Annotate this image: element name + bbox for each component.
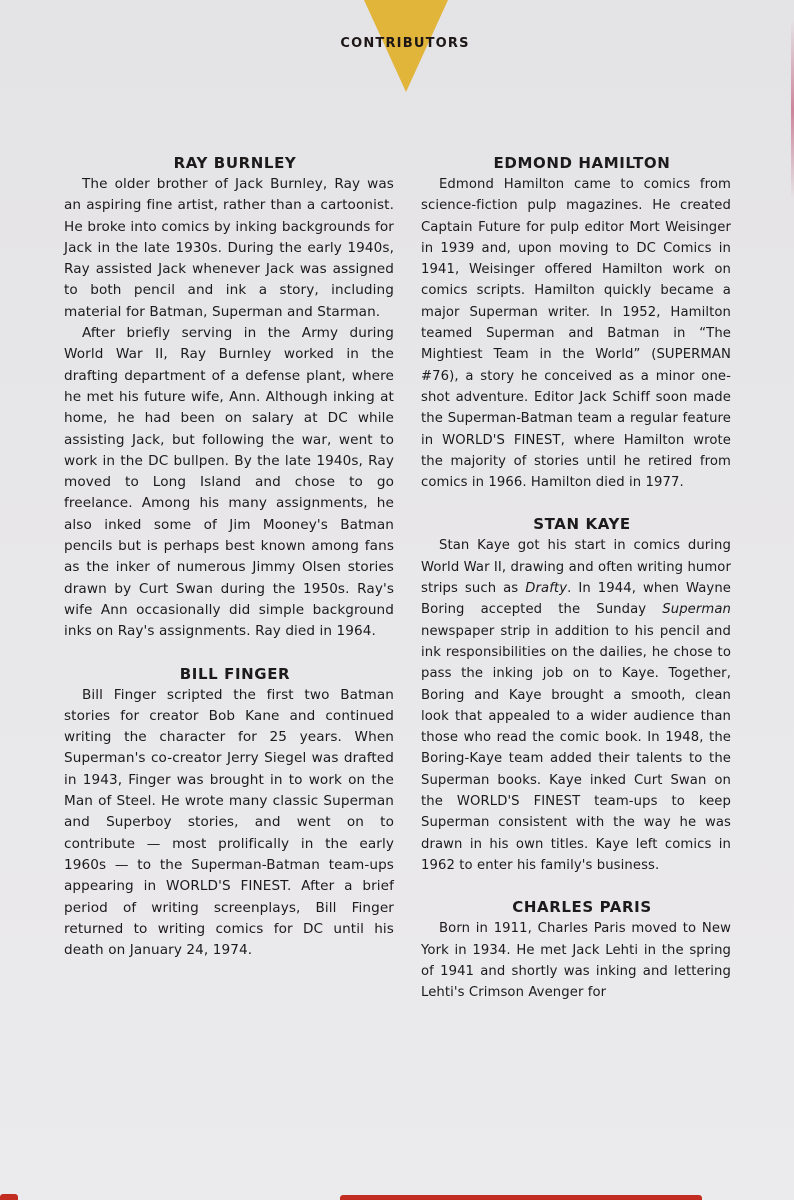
- bio-paragraph: Bill Finger scripted the first two Batma…: [64, 685, 394, 962]
- bio-paragraph: After briefly serving in the Army during…: [64, 323, 394, 642]
- right-column: EDMOND HAMILTON Edmond Hamilton came to …: [421, 152, 731, 1021]
- bio-paragraph: Stan Kaye got his start in comics during…: [421, 535, 731, 876]
- book-cover-edge: [340, 1195, 702, 1200]
- section-title: CONTRIBUTORS: [0, 36, 794, 51]
- contributor-entry-charles-paris: CHARLES PARIS Born in 1911, Charles Pari…: [421, 896, 731, 1003]
- contributor-name: EDMOND HAMILTON: [421, 152, 731, 174]
- contributor-name: CHARLES PARIS: [421, 896, 731, 918]
- bio-paragraph: Edmond Hamilton came to comics from scie…: [421, 174, 731, 493]
- contributor-entry-bill-finger: BILL FINGER Bill Finger scripted the fir…: [64, 663, 394, 962]
- contributor-bio: Edmond Hamilton came to comics from scie…: [421, 174, 731, 493]
- contributor-name: BILL FINGER: [64, 663, 394, 685]
- comic-title-superman: Superman: [662, 602, 731, 617]
- bio-text: newspaper strip in addition to his penci…: [421, 624, 731, 873]
- contributor-entry-ray-burnley: RAY BURNLEY The older brother of Jack Bu…: [64, 152, 394, 643]
- contributor-bio: The older brother of Jack Burnley, Ray w…: [64, 174, 394, 643]
- contributor-entry-edmond-hamilton: EDMOND HAMILTON Edmond Hamilton came to …: [421, 152, 731, 493]
- contributor-bio: Stan Kaye got his start in comics during…: [421, 535, 731, 876]
- book-page: CONTRIBUTORS RAY BURNLEY The older broth…: [0, 0, 794, 1200]
- left-column: RAY BURNLEY The older brother of Jack Bu…: [64, 152, 394, 979]
- book-cover-edge: [0, 1194, 18, 1200]
- contributor-bio: Bill Finger scripted the first two Batma…: [64, 685, 394, 962]
- comic-title-drafty: Drafty: [525, 581, 567, 596]
- contributor-name: STAN KAYE: [421, 513, 731, 535]
- contributor-bio: Born in 1911, Charles Paris moved to New…: [421, 918, 731, 1003]
- bio-paragraph: The older brother of Jack Burnley, Ray w…: [64, 174, 394, 323]
- contributor-name: RAY BURNLEY: [64, 152, 394, 174]
- bio-paragraph: Born in 1911, Charles Paris moved to New…: [421, 918, 731, 1003]
- contributor-entry-stan-kaye: STAN KAYE Stan Kaye got his start in com…: [421, 513, 731, 876]
